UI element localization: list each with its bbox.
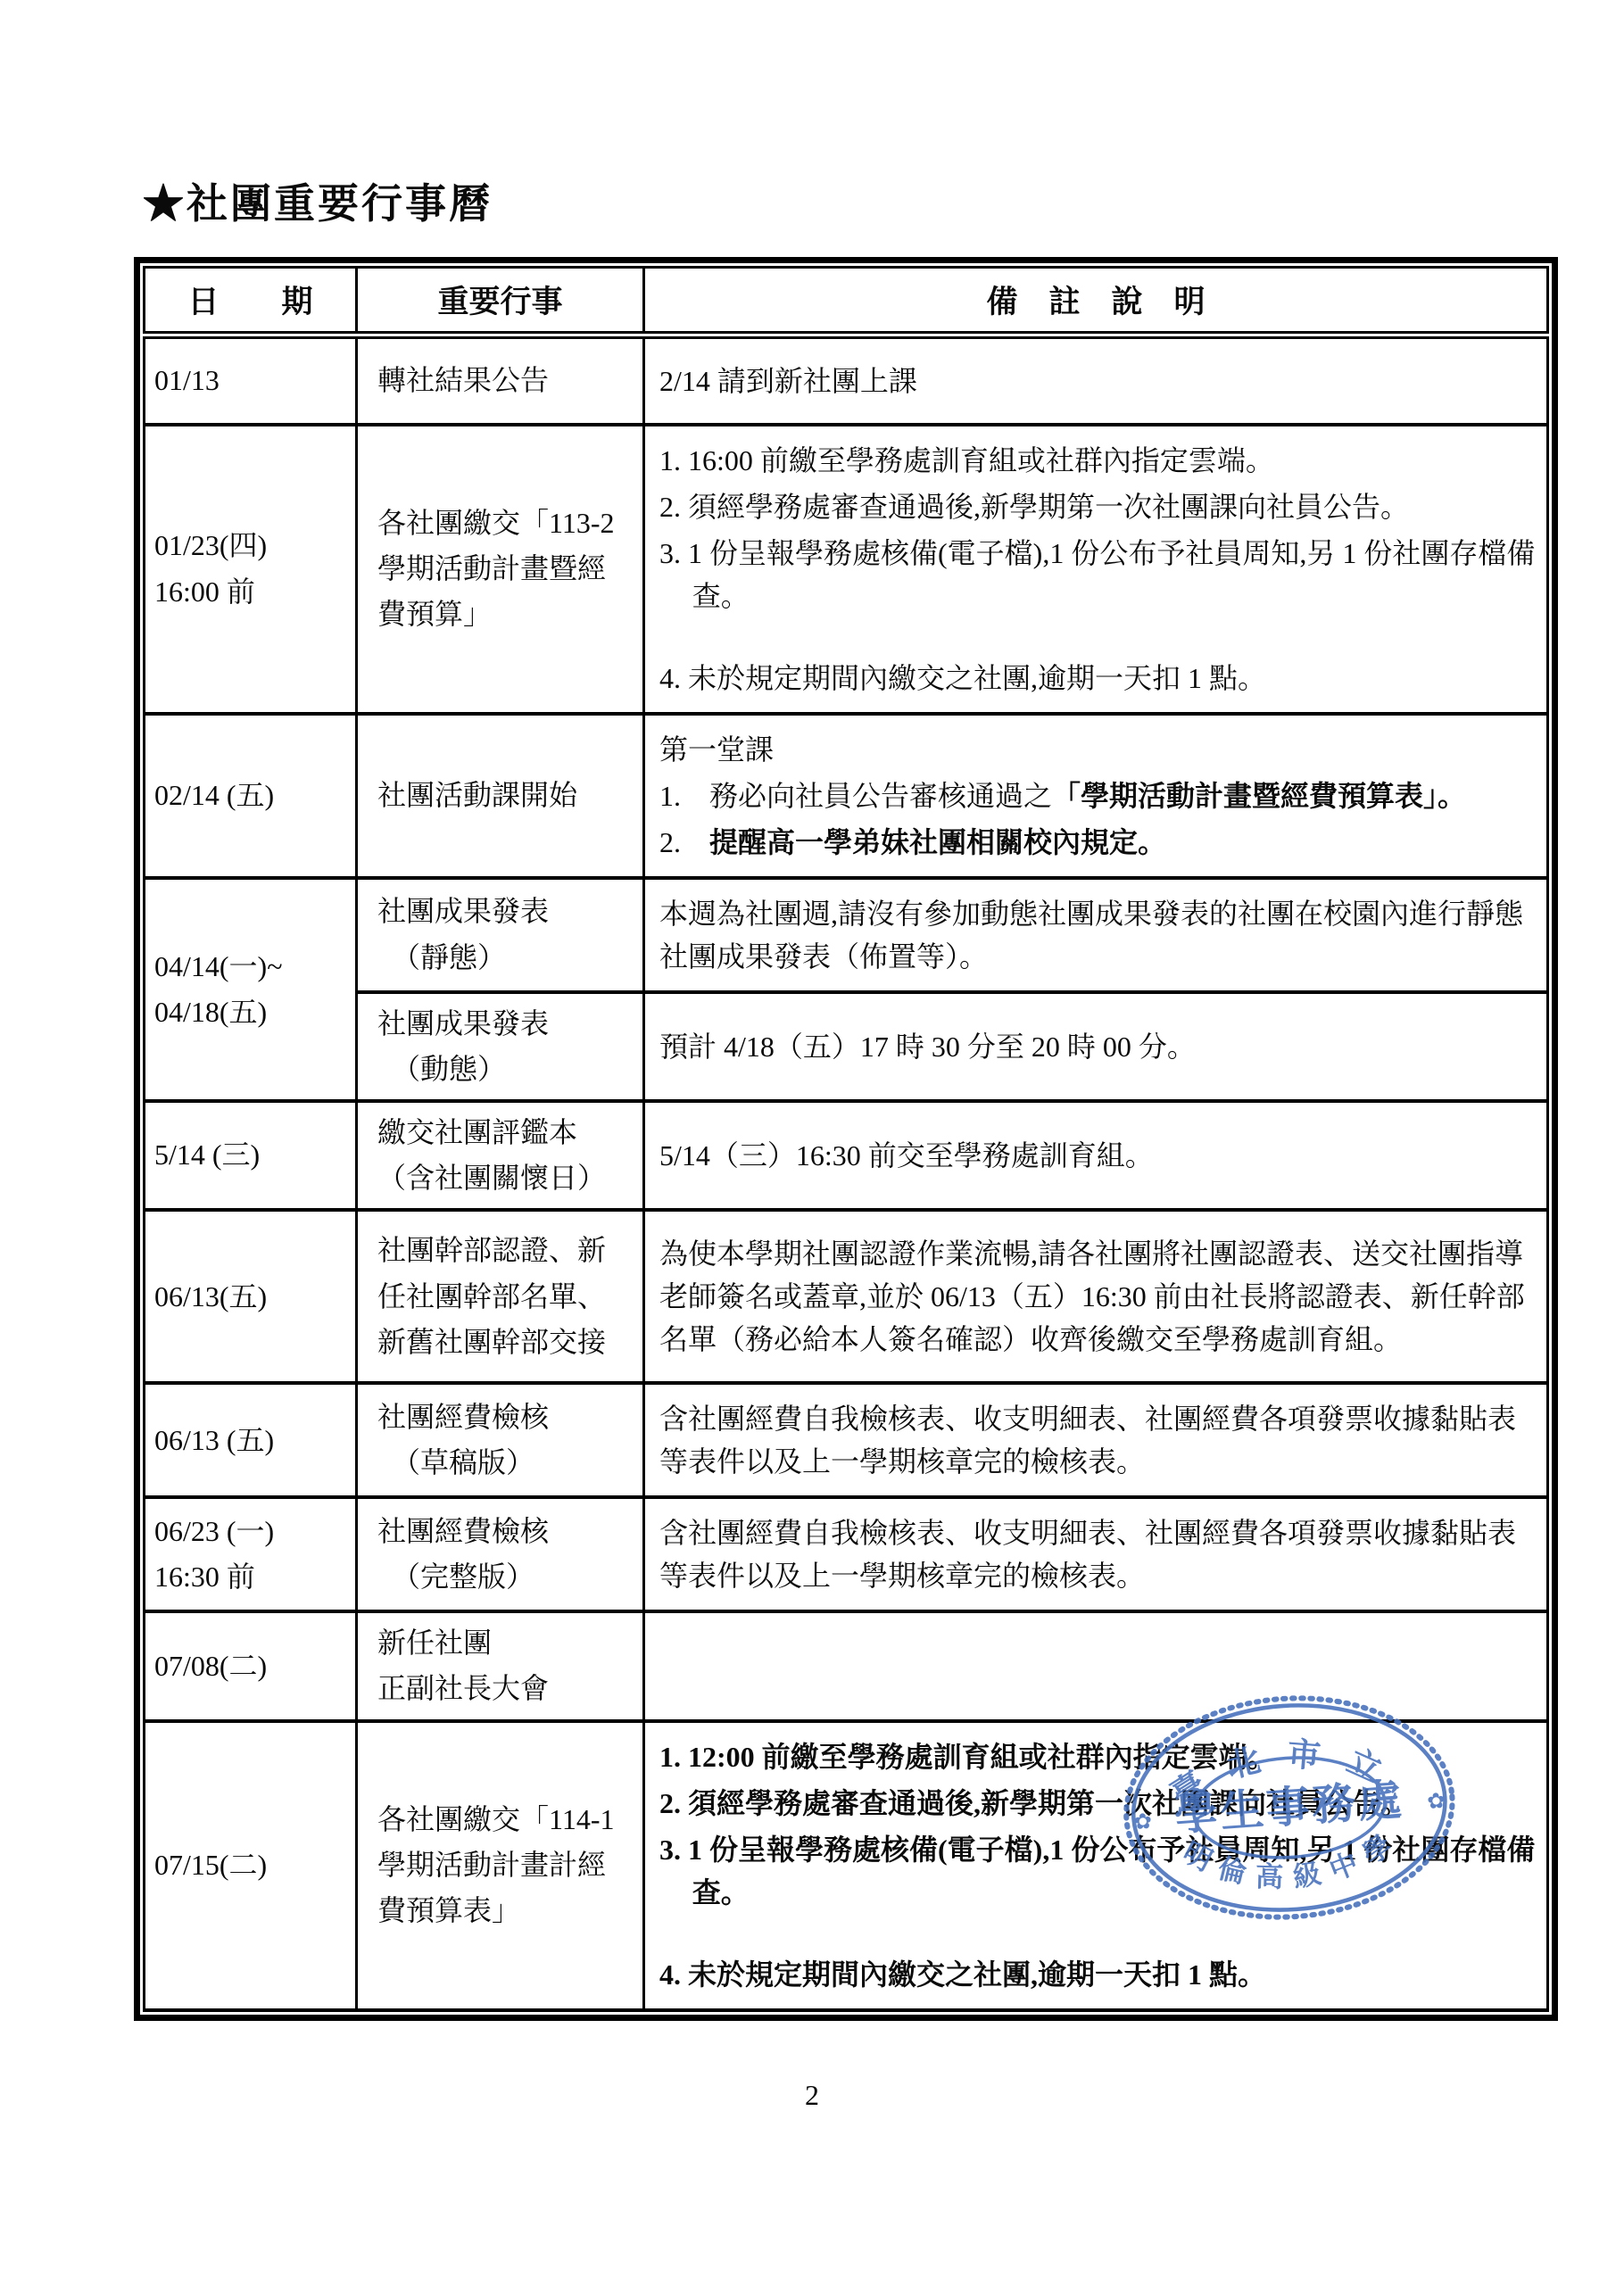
note-item: 預計 4/18（五）17 時 30 分至 20 時 00 分。	[659, 1025, 1537, 1068]
table-row: 06/13 (五)社團經費檢核 （草稿版）含社團經費自我檢核表、收支明細表、社團…	[145, 1383, 1548, 1497]
stamp-flower-left-icon: ✿	[1133, 1809, 1153, 1834]
note-item: 本週為社團週,請沒有參加動態社團成果發表的社團在校園內進行靜態社團成果發表（佈置…	[659, 892, 1537, 978]
event-cell: 社團成果發表 （動態）	[357, 992, 644, 1101]
note-item: 2. 須經學務處審查通過後,新學期第一次社團課向社員公告。	[659, 485, 1537, 528]
table-row: 06/23 (一)16:30 前社團經費檢核 （完整版）含社團經費自我檢核表、收…	[145, 1497, 1548, 1611]
event-cell: 各社團繳交「113-2學期活動計畫暨經費預算」	[357, 425, 644, 714]
table-row: 02/14 (五)社團活動課開始第一堂課1. 務必向社員公告審核通過之「學期活動…	[145, 714, 1548, 878]
note-item: 1. 16:00 前繳至學務處訓育組或社群內指定雲端。	[659, 439, 1537, 482]
official-stamp: 臺北市立 明倫高級中學 學生事務處 ✿ ✿	[1111, 1680, 1467, 1939]
note-item: 2/14 請到新社團上課	[659, 360, 1537, 402]
notes-cell: 第一堂課1. 務必向社員公告審核通過之「學期活動計畫暨經費預算表」。2. 提醒高…	[644, 714, 1548, 878]
document-page: ★社團重要行事曆 日 期 重要行事 備 註 說 明 01/13轉社結果公告2/1…	[0, 0, 1624, 2285]
table-row: 01/13轉社結果公告2/14 請到新社團上課	[145, 335, 1548, 425]
page-number: 2	[0, 2079, 1624, 2112]
event-cell: 各社團繳交「114-1學期活動計畫計經費預算表」	[357, 1721, 644, 2010]
event-cell: 社團經費檢核 （完整版）	[357, 1497, 644, 1611]
table-row: 01/23(四)16:00 前各社團繳交「113-2學期活動計畫暨經費預算」1.…	[145, 425, 1548, 714]
note-item: 第一堂課	[659, 728, 1537, 771]
notes-cell: 含社團經費自我檢核表、收支明細表、社團經費各項發票收據黏貼表等表件以及上一學期核…	[644, 1383, 1548, 1497]
date-cell: 5/14 (三)	[145, 1101, 357, 1210]
note-item: 4. 未於規定期間內繳交之社團,逾期一天扣 1 點。	[659, 1953, 1537, 1996]
date-cell: 07/15(二)	[145, 1721, 357, 2010]
notes-cell: 本週為社團週,請沒有參加動態社團成果發表的社團在校園內進行靜態社團成果發表（佈置…	[644, 878, 1548, 992]
event-cell: 新任社團正副社長大會	[357, 1611, 644, 1720]
date-cell: 06/23 (一)16:30 前	[145, 1497, 357, 1611]
page-title: ★社團重要行事曆	[143, 171, 493, 230]
header-date: 日 期	[145, 268, 357, 335]
note-item: 含社團經費自我檢核表、收支明細表、社團經費各項發票收據黏貼表等表件以及上一學期核…	[659, 1511, 1537, 1597]
event-cell: 轉社結果公告	[357, 335, 644, 425]
notes-cell: 1. 16:00 前繳至學務處訓育組或社群內指定雲端。2. 須經學務處審查通過後…	[644, 425, 1548, 714]
note-item: 5/14（三）16:30 前交至學務處訓育組。	[659, 1134, 1537, 1177]
date-cell: 01/23(四)16:00 前	[145, 425, 357, 714]
date-cell: 07/08(二)	[145, 1611, 357, 1720]
table-row: 04/14(一)~04/18(五)社團成果發表 （靜態）本週為社團週,請沒有參加…	[145, 878, 1548, 992]
event-cell: 社團成果發表 （靜態）	[357, 878, 644, 992]
header-notes: 備 註 說 明	[644, 268, 1548, 335]
event-cell: 社團活動課開始	[357, 714, 644, 878]
date-cell: 01/13	[145, 335, 357, 425]
note-item: 1. 務必向社員公告審核通過之「學期活動計畫暨經費預算表」。	[659, 774, 1537, 817]
notes-cell: 5/14（三）16:30 前交至學務處訓育組。	[644, 1101, 1548, 1210]
notes-cell: 預計 4/18（五）17 時 30 分至 20 時 00 分。	[644, 992, 1548, 1101]
notes-cell: 為使本學期社團認證作業流暢,請各社團將社團認證表、送交社團指導老師簽名或蓋章,並…	[644, 1210, 1548, 1383]
table-row: 06/13(五)社團幹部認證、新任社團幹部名單、新舊社團幹部交接為使本學期社團認…	[145, 1210, 1548, 1383]
note-item: 2. 提醒高一學弟妹社團相關校內規定。	[659, 821, 1537, 864]
date-cell: 04/14(一)~04/18(五)	[145, 878, 357, 1101]
date-cell: 06/13(五)	[145, 1210, 357, 1383]
notes-cell: 含社團經費自我檢核表、收支明細表、社團經費各項發票收據黏貼表等表件以及上一學期核…	[644, 1497, 1548, 1611]
event-cell: 繳交社團評鑑本（含社團關懷日）	[357, 1101, 644, 1210]
event-cell: 社團幹部認證、新任社團幹部名單、新舊社團幹部交接	[357, 1210, 644, 1383]
table-row: 5/14 (三)繳交社團評鑑本（含社團關懷日）5/14（三）16:30 前交至學…	[145, 1101, 1548, 1210]
note-item: 4. 未於規定期間內繳交之社團,逾期一天扣 1 點。	[659, 657, 1537, 700]
notes-cell: 2/14 請到新社團上課	[644, 335, 1548, 425]
event-cell: 社團經費檢核 （草稿版）	[357, 1383, 644, 1497]
header-row: 日 期 重要行事 備 註 說 明	[145, 268, 1548, 335]
table-header: 日 期 重要行事 備 註 說 明	[145, 268, 1548, 335]
note-item: 為使本學期社團認證作業流暢,請各社團將社團認證表、送交社團指導老師簽名或蓋章,並…	[659, 1232, 1537, 1361]
date-cell: 02/14 (五)	[145, 714, 357, 878]
note-item: 含社團經費自我檢核表、收支明細表、社團經費各項發票收據黏貼表等表件以及上一學期核…	[659, 1397, 1537, 1483]
stamp-flower-right-icon: ✿	[1426, 1789, 1446, 1814]
header-event: 重要行事	[357, 268, 644, 335]
note-item: 3. 1 份呈報學務處核備(電子檔),1 份公布予社員周知,另 1 份社團存檔備…	[659, 532, 1537, 617]
date-cell: 06/13 (五)	[145, 1383, 357, 1497]
